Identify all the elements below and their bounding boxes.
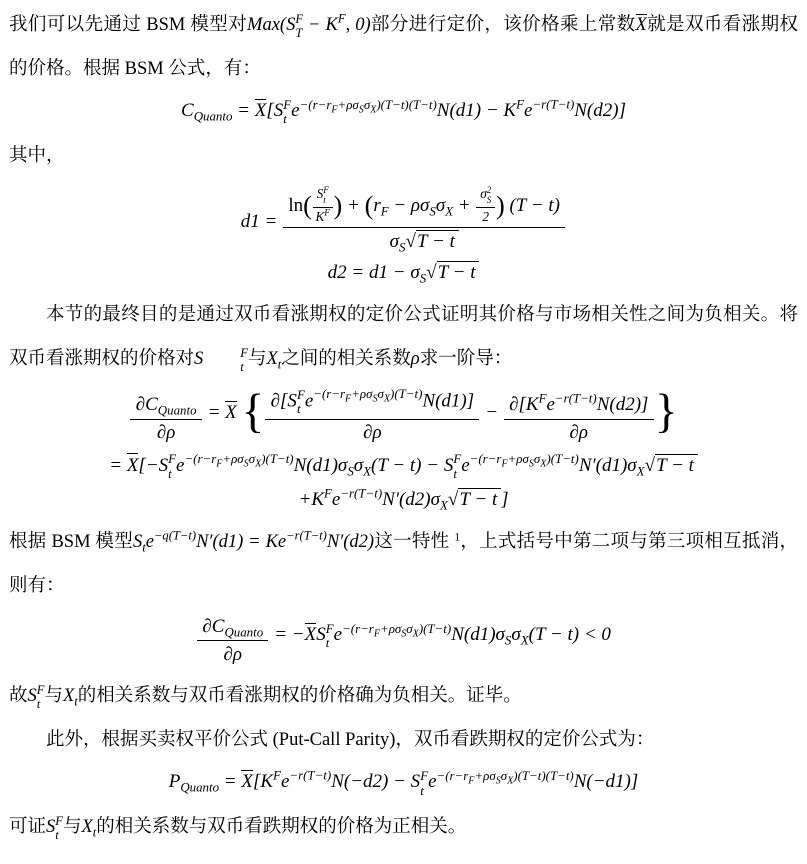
paragraph-bsm-property: 根据 BSM 模型Ste−q(T−t)N′(d1) = Ke−r(T−t)N′(… xyxy=(9,520,798,608)
paragraph-put-call-parity: 此外，根据买卖权平价公式 (Put-Call Parity)，双币看跌期权的定价… xyxy=(9,718,798,762)
formula-p-quanto: PQuanto = X[KFe−r(T−t)N(−d2) − SFte−(r−r… xyxy=(9,769,798,798)
paragraph-put-conclusion: 可证SFt与Xt的相关系数与双币看跌期权的价格为正相关。 xyxy=(9,805,798,849)
paragraph-call-conclusion: 故SFt与Xt的相关系数与双币看涨期权的价格确为负相关。证毕。 xyxy=(9,674,798,718)
paragraph-among-which: 其中， xyxy=(9,134,798,178)
formula-derivative-line2: = X[−SFte−(r−rF+ρσSσX)(T−t)N(d1)σSσX(T −… xyxy=(9,452,798,481)
paragraph-bsm-intro: 我们可以先通过 BSM 模型对Max(SFT − KF, 0)部分进行定价，该价… xyxy=(9,3,798,91)
formula-c-quanto: CQuanto = X[SFte−(r−rF+ρσSσX)(T−t)(T−t)N… xyxy=(9,98,798,127)
document-page: 我们可以先通过 BSM 模型对Max(SFT − KF, 0)部分进行定价，该价… xyxy=(0,0,807,864)
formula-derivative-line3: +KFe−r(T−t)N′(d2)σX√T − t] xyxy=(9,488,798,513)
formula-d1: d1 = ln(SFtKF) + (rF − ρσSσX + σ2S2) (T … xyxy=(9,185,798,254)
formula-derivative-result: ∂CQuanto∂ρ = −XSFte−(r−rF+ρσSσX)(T−t)N(d… xyxy=(9,615,798,667)
formula-d2: d2 = d1 − σS√T − t xyxy=(9,261,798,286)
formula-derivative-line1: ∂CQuanto∂ρ = X {∂[SFte−(r−rF+ρσSσX)(T−t)… xyxy=(9,388,798,445)
paragraph-section-goal: 本节的最终目的是通过双币看涨期权的定价公式证明其价格与市场相关性之间为负相关。将… xyxy=(9,293,798,381)
